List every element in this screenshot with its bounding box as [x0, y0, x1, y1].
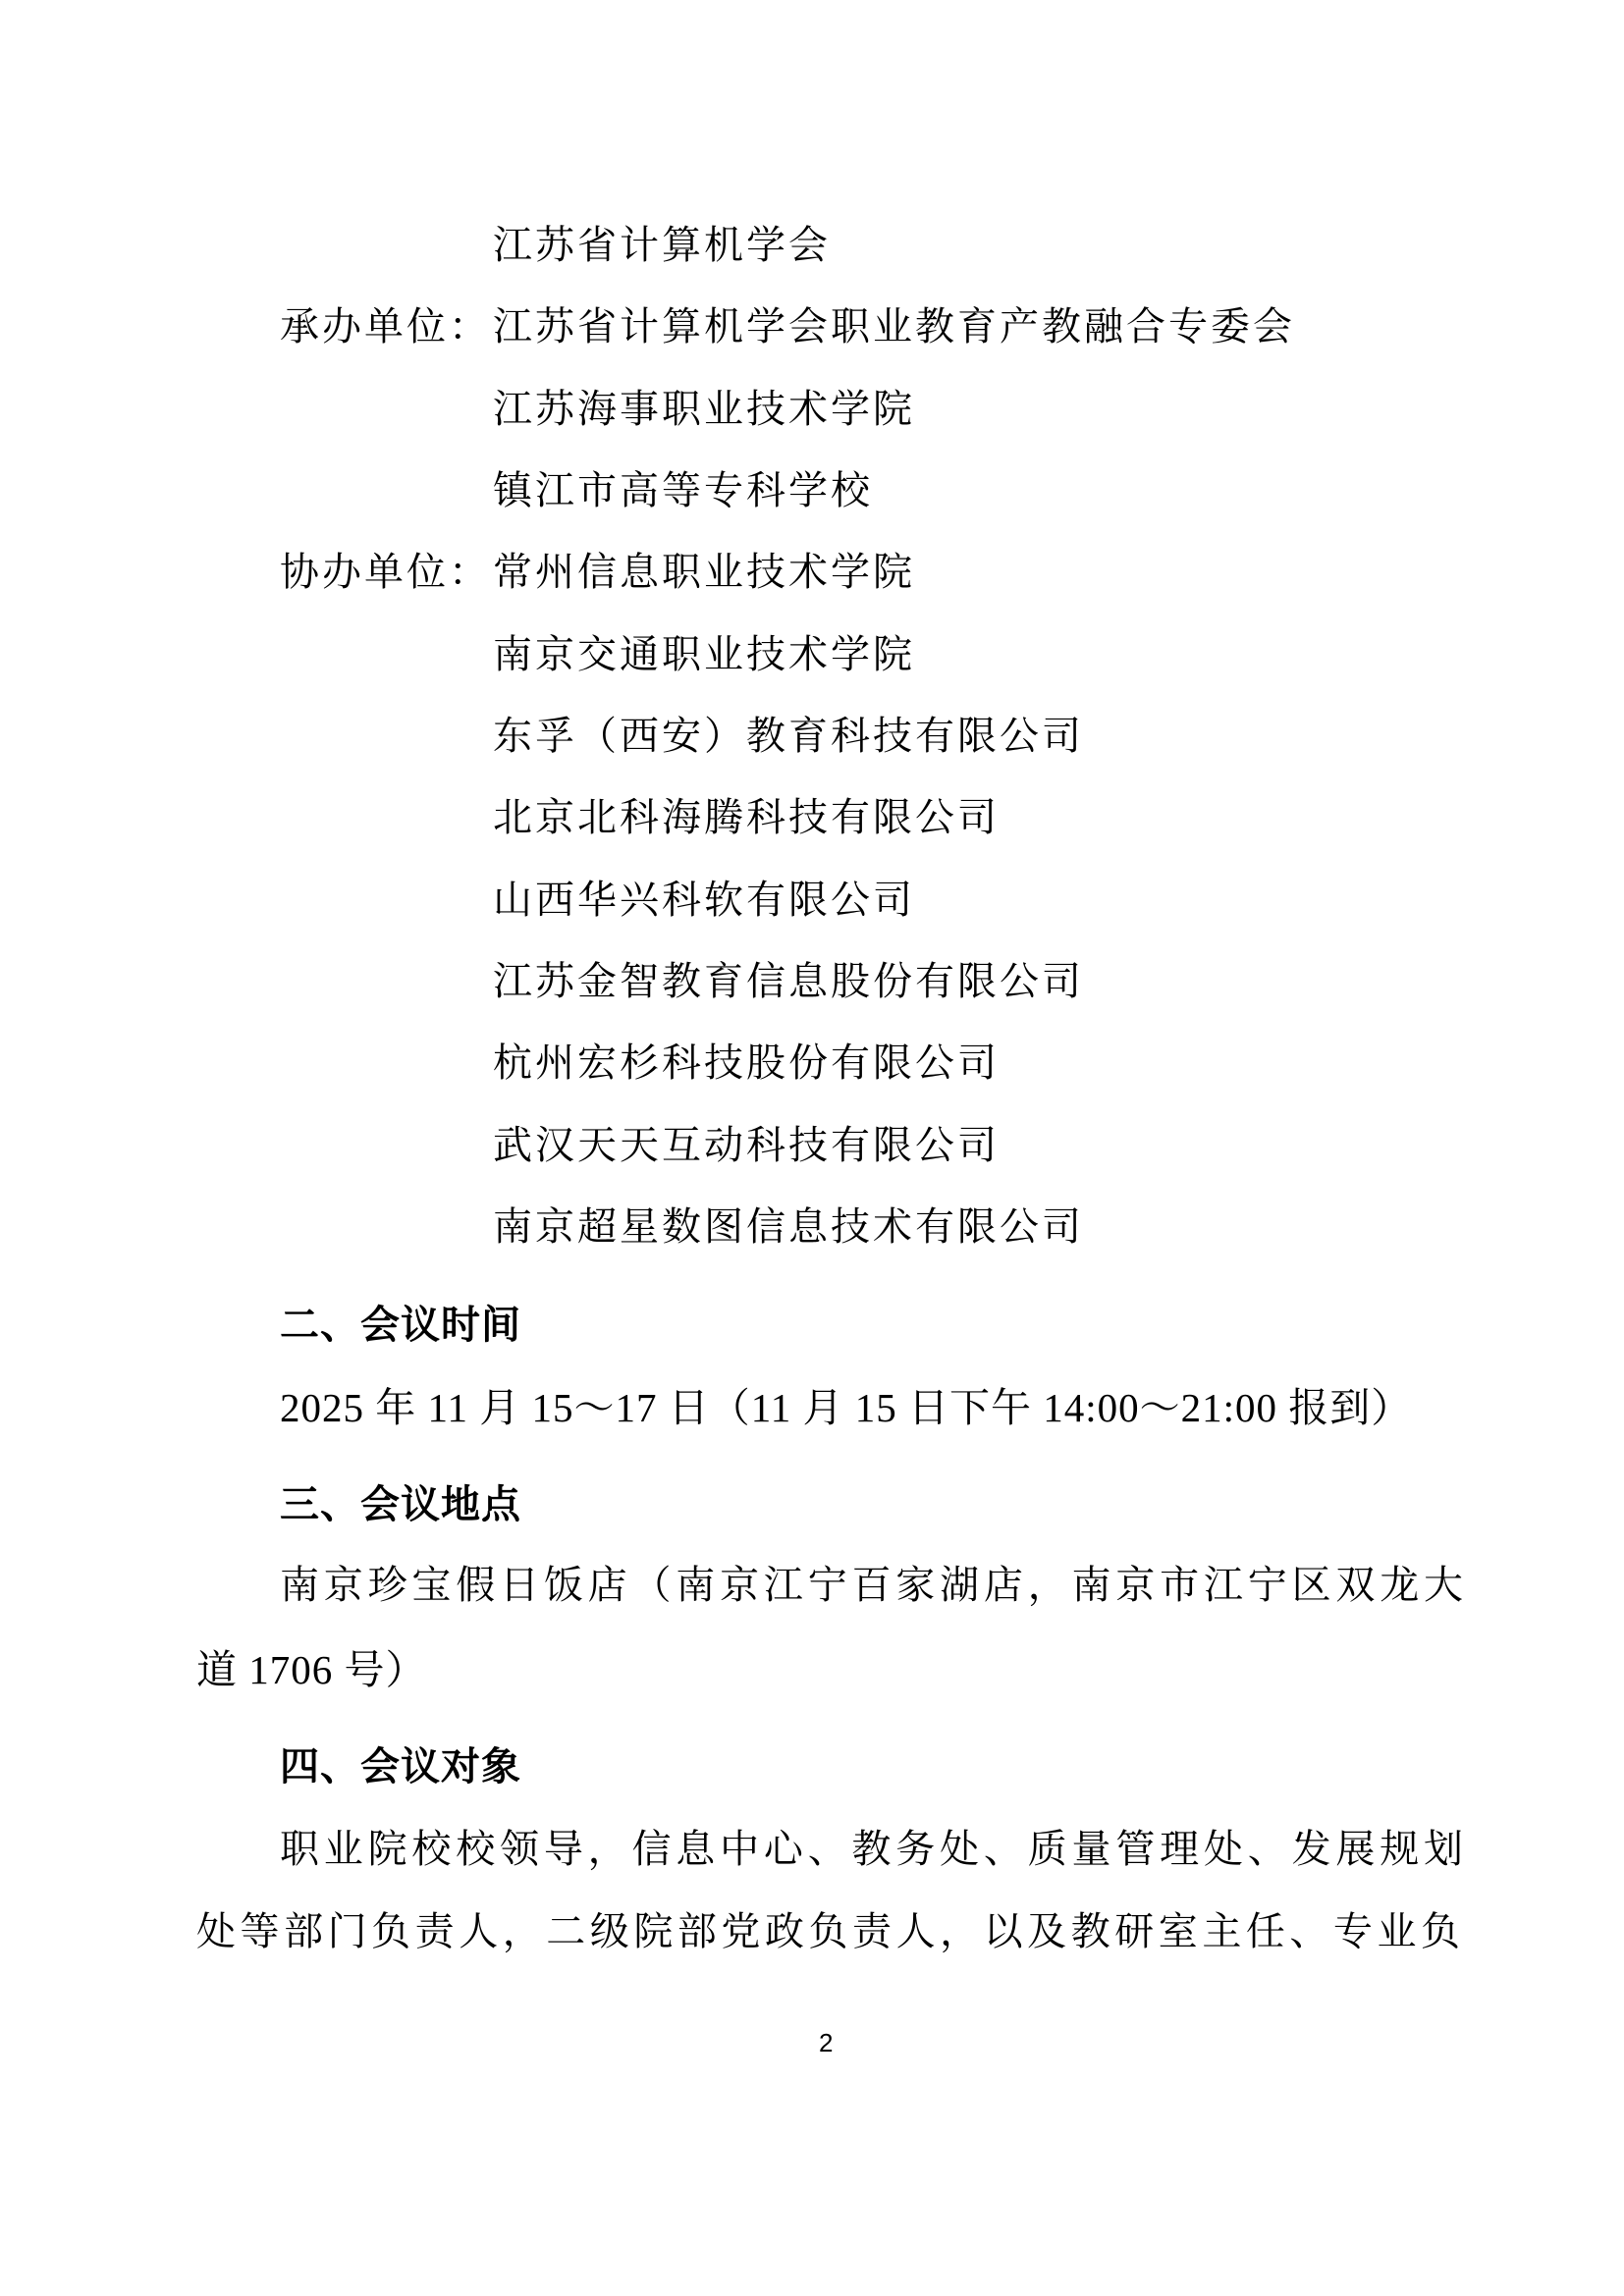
co-host-unit-item: 杭州宏杉科技股份有限公司	[493, 1040, 1000, 1087]
document-page: 江苏省计算机学会 承办单位： 江苏省计算机学会职业教育产教融合专委会 江苏海事职…	[0, 0, 1624, 2296]
co-host-unit-item: 南京超星数图信息技术有限公司	[493, 1203, 1084, 1251]
co-host-unit-item: 山西华兴科软有限公司	[493, 877, 915, 924]
co-host-units-label: 协办单位：	[280, 549, 491, 596]
section-heading-meeting-time: 二、会议时间	[280, 1302, 521, 1349]
meeting-venue-text-line2: 道 1706 号）	[196, 1646, 427, 1693]
section-heading-participants: 四、会议对象	[280, 1743, 521, 1790]
sponsor-item: 江苏省计算机学会	[493, 222, 831, 269]
co-host-unit-item: 北京北科海腾科技有限公司	[493, 794, 1000, 841]
host-unit-item: 江苏省计算机学会职业教育产教融合专委会	[493, 303, 1295, 350]
meeting-venue-text-line1: 南京珍宝假日饭店（南京江宁百家湖店，南京市江宁区双龙大	[280, 1562, 1466, 1609]
host-units-label: 承办单位：	[280, 303, 491, 350]
co-host-unit-item: 南京交通职业技术学院	[493, 631, 915, 678]
participants-text-line2: 处等部门负责人，二级院部党政负责人，以及教研室主任、专业负	[196, 1908, 1463, 1955]
page-number: 2	[819, 2028, 833, 2057]
participants-text-line1: 职业院校校领导，信息中心、教务处、质量管理处、发展规划	[280, 1826, 1466, 1873]
co-host-unit-item: 武汉天天互动科技有限公司	[493, 1122, 1000, 1169]
section-heading-meeting-venue: 三、会议地点	[280, 1481, 521, 1528]
co-host-unit-item: 东孚（西安）教育科技有限公司	[493, 713, 1084, 760]
meeting-time-text: 2025 年 11 月 15～17 日（11 月 15 日下午 14:00～21…	[280, 1384, 1412, 1431]
host-unit-item: 江苏海事职业技术学院	[493, 386, 915, 433]
co-host-unit-item: 江苏金智教育信息股份有限公司	[493, 958, 1084, 1005]
co-host-unit-item: 常州信息职业技术学院	[493, 549, 915, 596]
host-unit-item: 镇江市高等专科学校	[493, 467, 873, 514]
